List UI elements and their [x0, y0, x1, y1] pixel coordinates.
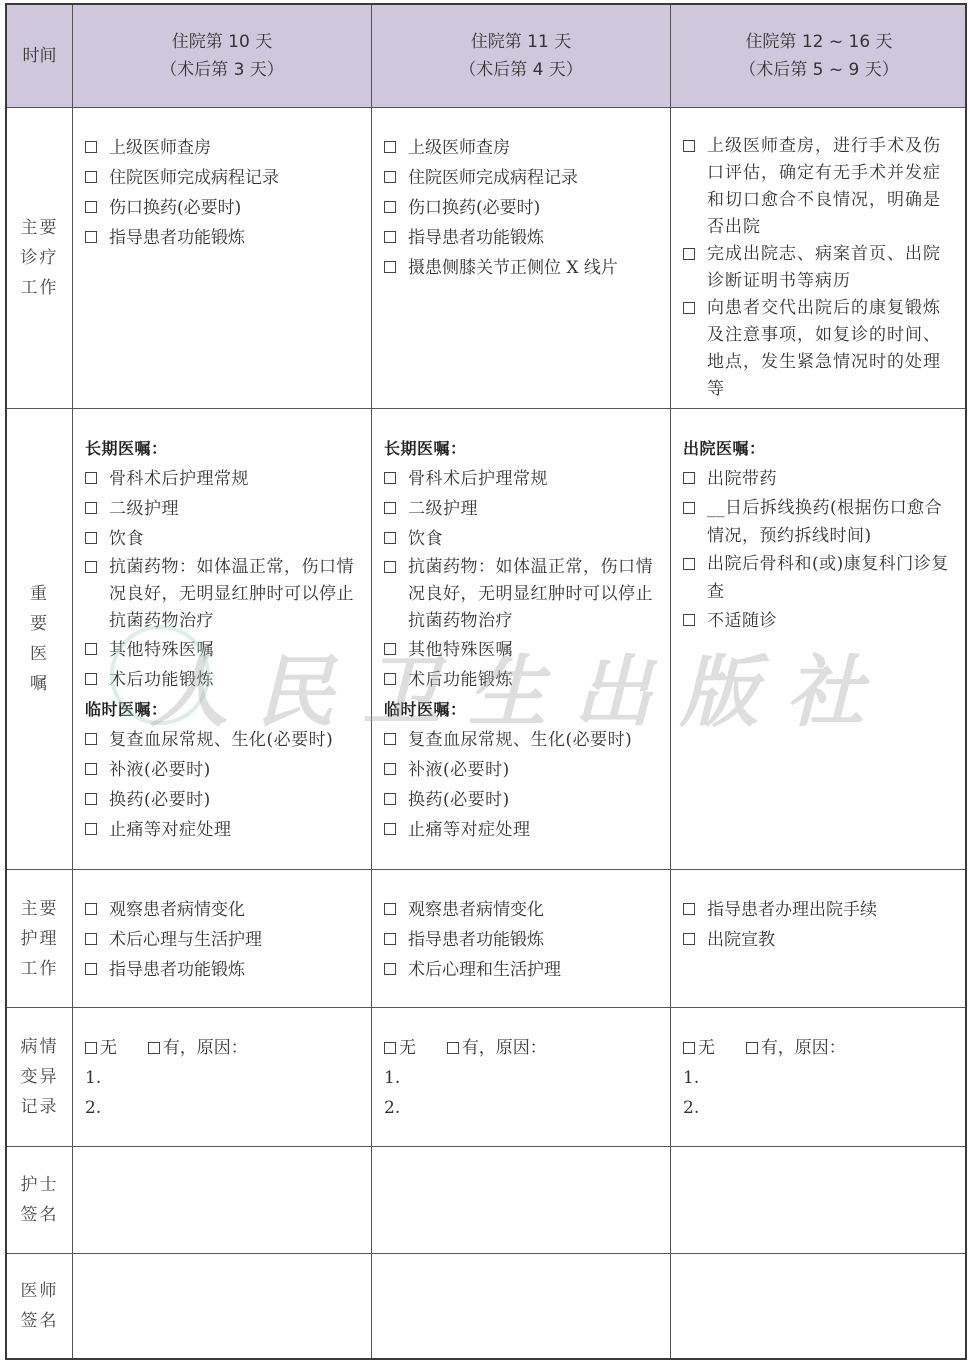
checklist-item[interactable]: 摄患侧膝关节正侧位 X 线片 [384, 253, 660, 283]
checklist-item[interactable]: 复查血尿常规、生化(必要时) [384, 725, 660, 755]
variance-line-1[interactable]: 1. [384, 1063, 660, 1093]
orders-col-1: 长期医嘱： 骨科术后护理常规 二级护理 饮食 抗菌药物：如体温正常，伤口情况良好… [73, 409, 372, 869]
checklist-item[interactable]: 止痛等对症处理 [85, 815, 361, 845]
header-row: 时间 住院第 10 天 （术后第 3 天） 住院第 11 天 （术后第 4 天）… [7, 5, 965, 108]
doctor-signature-field-3[interactable] [671, 1254, 967, 1358]
checkbox-icon[interactable] [683, 933, 695, 945]
checkbox-icon[interactable] [85, 733, 97, 745]
checkbox-icon[interactable] [85, 171, 97, 183]
checkbox-icon[interactable] [384, 963, 396, 975]
checkbox-yes[interactable] [447, 1042, 459, 1054]
nurse-signature-field-1[interactable] [73, 1147, 372, 1253]
doctor-signature-field-1[interactable] [73, 1254, 372, 1358]
checklist-item[interactable]: __日后拆线换药(根据伤口愈合情况，预约拆线时间) [683, 494, 957, 550]
clinical-pathway-table: 时间 住院第 10 天 （术后第 3 天） 住院第 11 天 （术后第 4 天）… [5, 3, 967, 1360]
variance-line-1[interactable]: 1. [683, 1063, 957, 1093]
none-label: 无 [100, 1038, 117, 1058]
diagnosis-col-3: 上级医师查房，进行手术及伤口评估，确定有无手术并发症和切口愈合不良情况，明确是否… [671, 108, 967, 408]
checkbox-icon[interactable] [85, 502, 97, 514]
checkbox-icon[interactable] [85, 561, 97, 573]
checkbox-icon[interactable] [85, 643, 97, 655]
variance-options: 无 有，原因： [85, 1033, 361, 1063]
checklist-item[interactable]: 二级护理 [85, 494, 361, 524]
discharge-orders-title: 出院医嘱： [683, 434, 957, 464]
checkbox-icon[interactable] [384, 472, 396, 484]
checkbox-icon[interactable] [384, 673, 396, 685]
checklist-item[interactable]: 骨科术后护理常规 [384, 464, 660, 494]
checkbox-icon[interactable] [384, 141, 396, 153]
postop-day: （术后第 5 ~ 9 天） [739, 56, 899, 84]
variance-line-2[interactable]: 2. [85, 1093, 361, 1123]
checklist-item[interactable]: 复查血尿常规、生化(必要时) [85, 725, 361, 755]
checklist-item[interactable]: 上级医师查房 [85, 133, 361, 163]
checklist-item[interactable]: 住院医师完成病程记录 [85, 163, 361, 193]
checkbox-icon[interactable] [85, 963, 97, 975]
checkbox-yes[interactable] [148, 1042, 160, 1054]
diagnosis-col-2: 上级医师查房 住院医师完成病程记录 伤口换药(必要时) 指导患者功能锻炼 摄患侧… [372, 108, 671, 408]
variance-row: 病情变异记录 无 有，原因： 1. 2. 无 有，原因： 1. 2. 无 [7, 1008, 965, 1147]
checkbox-yes[interactable] [746, 1042, 758, 1054]
nursing-col-2: 观察患者病情变化 指导患者功能锻炼 术后心理和生活护理 [372, 870, 671, 1007]
checkbox-icon[interactable] [683, 614, 695, 626]
checkbox-icon[interactable] [683, 558, 695, 570]
nursing-row: 主要护理工作 观察患者病情变化 术后心理与生活护理 指导患者功能锻炼 观察患者病… [7, 870, 965, 1008]
checkbox-none[interactable] [85, 1042, 97, 1054]
checklist-item[interactable]: 出院宣教 [683, 925, 957, 955]
diagnosis-row: 主要诊疗工作 上级医师查房 住院医师完成病程记录 伤口换药(必要时) 指导患者功… [7, 108, 965, 409]
checkbox-icon[interactable] [384, 763, 396, 775]
postop-day: （术后第 4 天） [459, 56, 583, 84]
checkbox-icon[interactable] [384, 561, 396, 573]
none-label: 无 [399, 1038, 416, 1058]
postop-day: （术后第 3 天） [160, 56, 284, 84]
variance-options: 无 有，原因： [683, 1033, 957, 1063]
checklist-item[interactable]: 指导患者功能锻炼 [85, 955, 361, 985]
checklist-item[interactable]: 抗菌药物：如体温正常，伤口情况良好，无明显红肿时可以停止抗菌药物治疗 [85, 554, 361, 635]
nurse-signature-field-3[interactable] [671, 1147, 967, 1253]
checkbox-icon[interactable] [85, 793, 97, 805]
time-label: 时间 [23, 42, 57, 70]
variance-col-3: 无 有，原因： 1. 2. [671, 1008, 967, 1146]
checkbox-icon[interactable] [85, 201, 97, 213]
row-label-orders: 重要医嘱 [7, 409, 73, 869]
checklist-item[interactable]: 完成出院志、病案首页、出院诊断证明书等病历 [683, 241, 957, 295]
day-header-1: 住院第 10 天 （术后第 3 天） [73, 5, 372, 107]
checkbox-icon[interactable] [384, 903, 396, 915]
nursing-col-1: 观察患者病情变化 术后心理与生活护理 指导患者功能锻炼 [73, 870, 372, 1007]
checkbox-icon[interactable] [683, 903, 695, 915]
checkbox-icon[interactable] [683, 302, 695, 314]
checkbox-none[interactable] [384, 1042, 396, 1054]
day-title: 住院第 12 ~ 16 天 [739, 28, 899, 56]
checklist-item[interactable]: 出院带药 [683, 464, 957, 494]
checklist-item[interactable]: 住院医师完成病程记录 [384, 163, 660, 193]
day-title: 住院第 11 天 [459, 28, 583, 56]
checklist-item[interactable]: 术后功能锻炼 [384, 665, 660, 695]
checkbox-icon[interactable] [683, 502, 695, 514]
diagnosis-col-1: 上级医师查房 住院医师完成病程记录 伤口换药(必要时) 指导患者功能锻炼 [73, 108, 372, 408]
none-label: 无 [698, 1038, 715, 1058]
nurse-signature-field-2[interactable] [372, 1147, 671, 1253]
orders-col-2: 长期医嘱： 骨科术后护理常规 二级护理 饮食 抗菌药物：如体温正常，伤口情况良好… [372, 409, 671, 869]
row-label-nursing: 主要护理工作 [7, 870, 73, 1007]
nurse-signature-row: 护士签名 [7, 1147, 965, 1254]
yes-label: 有，原因： [462, 1038, 547, 1058]
checkbox-icon[interactable] [85, 903, 97, 915]
checklist-item[interactable]: 换药(必要时) [384, 785, 660, 815]
long-term-orders-title: 长期医嘱： [384, 434, 660, 464]
checkbox-icon[interactable] [384, 933, 396, 945]
checkbox-icon[interactable] [683, 140, 695, 152]
checklist-item[interactable]: 指导患者功能锻炼 [384, 925, 660, 955]
checkbox-icon[interactable] [85, 933, 97, 945]
variance-col-1: 无 有，原因： 1. 2. [73, 1008, 372, 1146]
checklist-item[interactable]: 伤口换药(必要时) [85, 193, 361, 223]
checkbox-icon[interactable] [384, 793, 396, 805]
checklist-item[interactable]: 向患者交代出院后的康复锻炼及注意事项，如复诊的时间、地点，发生紧急情况时的处理等 [683, 295, 957, 403]
checkbox-icon[interactable] [384, 502, 396, 514]
row-label-diagnosis: 主要诊疗工作 [7, 108, 73, 408]
checklist-item[interactable]: 止痛等对症处理 [384, 815, 660, 845]
checklist-item[interactable]: 不适随诊 [683, 606, 957, 636]
checklist-item[interactable]: 上级医师查房 [384, 133, 660, 163]
variance-line-2[interactable]: 2. [683, 1093, 957, 1123]
checkbox-icon[interactable] [384, 261, 396, 273]
day-title: 住院第 10 天 [160, 28, 284, 56]
variance-options: 无 有，原因： [384, 1033, 660, 1063]
temporary-orders-title: 临时医嘱： [384, 695, 660, 725]
nursing-col-3: 指导患者办理出院手续 出院宣教 [671, 870, 967, 1007]
row-label-doctor-signature: 医师签名 [7, 1254, 73, 1358]
checklist-item[interactable]: 观察患者病情变化 [85, 895, 361, 925]
checklist-item[interactable]: 其他特殊医嘱 [85, 635, 361, 665]
checklist-item[interactable]: 指导患者功能锻炼 [384, 223, 660, 253]
checkbox-icon[interactable] [683, 472, 695, 484]
checkbox-icon[interactable] [384, 171, 396, 183]
checklist-item[interactable]: 伤口换药(必要时) [384, 193, 660, 223]
day-header-2: 住院第 11 天 （术后第 4 天） [372, 5, 671, 107]
checkbox-icon[interactable] [384, 823, 396, 835]
checklist-item[interactable]: 指导患者功能锻炼 [85, 223, 361, 253]
row-label-variance: 病情变异记录 [7, 1008, 73, 1146]
temporary-orders-title: 临时医嘱： [85, 695, 361, 725]
doctor-signature-field-2[interactable] [372, 1254, 671, 1358]
variance-line-2[interactable]: 2. [384, 1093, 660, 1123]
checklist-item[interactable]: 补液(必要时) [384, 755, 660, 785]
checkbox-icon[interactable] [683, 248, 695, 260]
checkbox-icon[interactable] [85, 231, 97, 243]
day-header-3: 住院第 12 ~ 16 天 （术后第 5 ~ 9 天） [671, 5, 967, 107]
checkbox-icon[interactable] [384, 733, 396, 745]
checkbox-none[interactable] [683, 1042, 695, 1054]
orders-row: 重要医嘱 长期医嘱： 骨科术后护理常规 二级护理 饮食 抗菌药物：如体温正常，伤… [7, 409, 965, 870]
checkbox-icon[interactable] [85, 823, 97, 835]
checkbox-icon[interactable] [384, 231, 396, 243]
checkbox-icon[interactable] [85, 763, 97, 775]
checklist-item[interactable]: 其他特殊医嘱 [384, 635, 660, 665]
variance-col-2: 无 有，原因： 1. 2. [372, 1008, 671, 1146]
checklist-item[interactable]: 补液(必要时) [85, 755, 361, 785]
checklist-item[interactable]: 指导患者办理出院手续 [683, 895, 957, 925]
checklist-item[interactable]: 术后心理和生活护理 [384, 955, 660, 985]
doctor-signature-row: 医师签名 [7, 1254, 965, 1358]
checklist-item[interactable]: 抗菌药物：如体温正常，伤口情况良好，无明显红肿时可以停止抗菌药物治疗 [384, 554, 660, 635]
checklist-item[interactable]: 出院后骨科和(或)康复科门诊复查 [683, 550, 957, 606]
checkbox-icon[interactable] [85, 532, 97, 544]
yes-label: 有，原因： [163, 1038, 248, 1058]
yes-label: 有，原因： [761, 1038, 846, 1058]
checkbox-icon[interactable] [85, 141, 97, 153]
time-header: 时间 [7, 5, 73, 107]
checklist-item[interactable]: 饮食 [384, 524, 660, 554]
checklist-item[interactable]: 术后心理与生活护理 [85, 925, 361, 955]
checkbox-icon[interactable] [384, 532, 396, 544]
row-label-nurse-signature: 护士签名 [7, 1147, 73, 1253]
checkbox-icon[interactable] [384, 201, 396, 213]
checklist-item[interactable]: 上级医师查房，进行手术及伤口评估，确定有无手术并发症和切口愈合不良情况，明确是否… [683, 133, 957, 241]
variance-line-1[interactable]: 1. [85, 1063, 361, 1093]
checklist-item[interactable]: 饮食 [85, 524, 361, 554]
long-term-orders-title: 长期医嘱： [85, 434, 361, 464]
checkbox-icon[interactable] [85, 673, 97, 685]
checklist-item[interactable]: 术后功能锻炼 [85, 665, 361, 695]
checkbox-icon[interactable] [384, 643, 396, 655]
orders-col-3: 出院医嘱： 出院带药 __日后拆线换药(根据伤口愈合情况，预约拆线时间) 出院后… [671, 409, 967, 869]
checklist-item[interactable]: 骨科术后护理常规 [85, 464, 361, 494]
checklist-item[interactable]: 换药(必要时) [85, 785, 361, 815]
checklist-item[interactable]: 观察患者病情变化 [384, 895, 660, 925]
checklist-item[interactable]: 二级护理 [384, 494, 660, 524]
checkbox-icon[interactable] [85, 472, 97, 484]
